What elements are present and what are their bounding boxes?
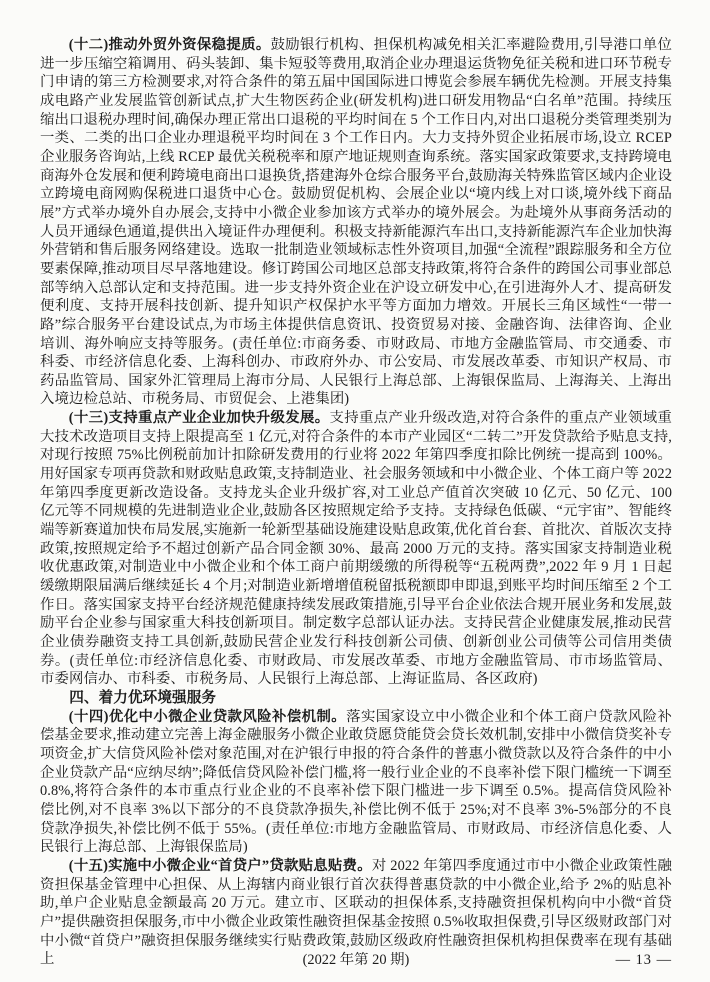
paragraph-item-13-text: 支持重点产业升级改造,对符合条件的重点产业领域重大技术改造项目支持上限提高至 1…: [40, 410, 672, 687]
paragraph-item-14-text: 落实国家设立中小微企业和个体工商户贷款风险补偿基金要求,推动建立完善上海金融服务…: [40, 709, 672, 856]
document-body: (十二)推动外贸外资保稳提质。鼓励银行机构、担保机构减免相关汇率避险费用,引导港…: [40, 36, 672, 969]
paragraph-item-14-heading: (十四)优化中小微企业贷款风险补偿机制。: [69, 709, 346, 725]
paragraph-item-12-heading: (十二)推动外贸外资保稳提质。: [69, 37, 271, 53]
paragraph-item-13-heading: (十三)支持重点产业企业加快升级发展。: [69, 410, 330, 426]
paragraph-item-13: (十三)支持重点产业企业加快升级发展。支持重点产业升级改造,对符合条件的重点产业…: [40, 409, 672, 689]
document-page: (十二)推动外贸外资保稳提质。鼓励银行机构、担保机构减免相关汇率避险费用,引导港…: [0, 0, 710, 982]
paragraph-item-14: (十四)优化中小微企业贷款风险补偿机制。落实国家设立中小微企业和个体工商户贷款风…: [40, 708, 672, 857]
section-heading-4: 四、着力优环境强服务: [40, 689, 672, 708]
paragraph-item-15-heading: (十五)实施中小微企业“首贷户”贷款贴息贴费。: [69, 858, 372, 874]
footer-issue-label: (2022 年第 20 期): [40, 950, 672, 970]
paragraph-item-12-text: 鼓励银行机构、担保机构减免相关汇率避险费用,引导港口单位进一步压缩空箱调用、码头…: [40, 37, 672, 407]
page-footer: (2022 年第 20 期) — 13 —: [40, 950, 672, 970]
footer-page-number: — 13 —: [616, 950, 672, 970]
paragraph-item-12: (十二)推动外贸外资保稳提质。鼓励银行机构、担保机构减免相关汇率避险费用,引导港…: [40, 36, 672, 409]
